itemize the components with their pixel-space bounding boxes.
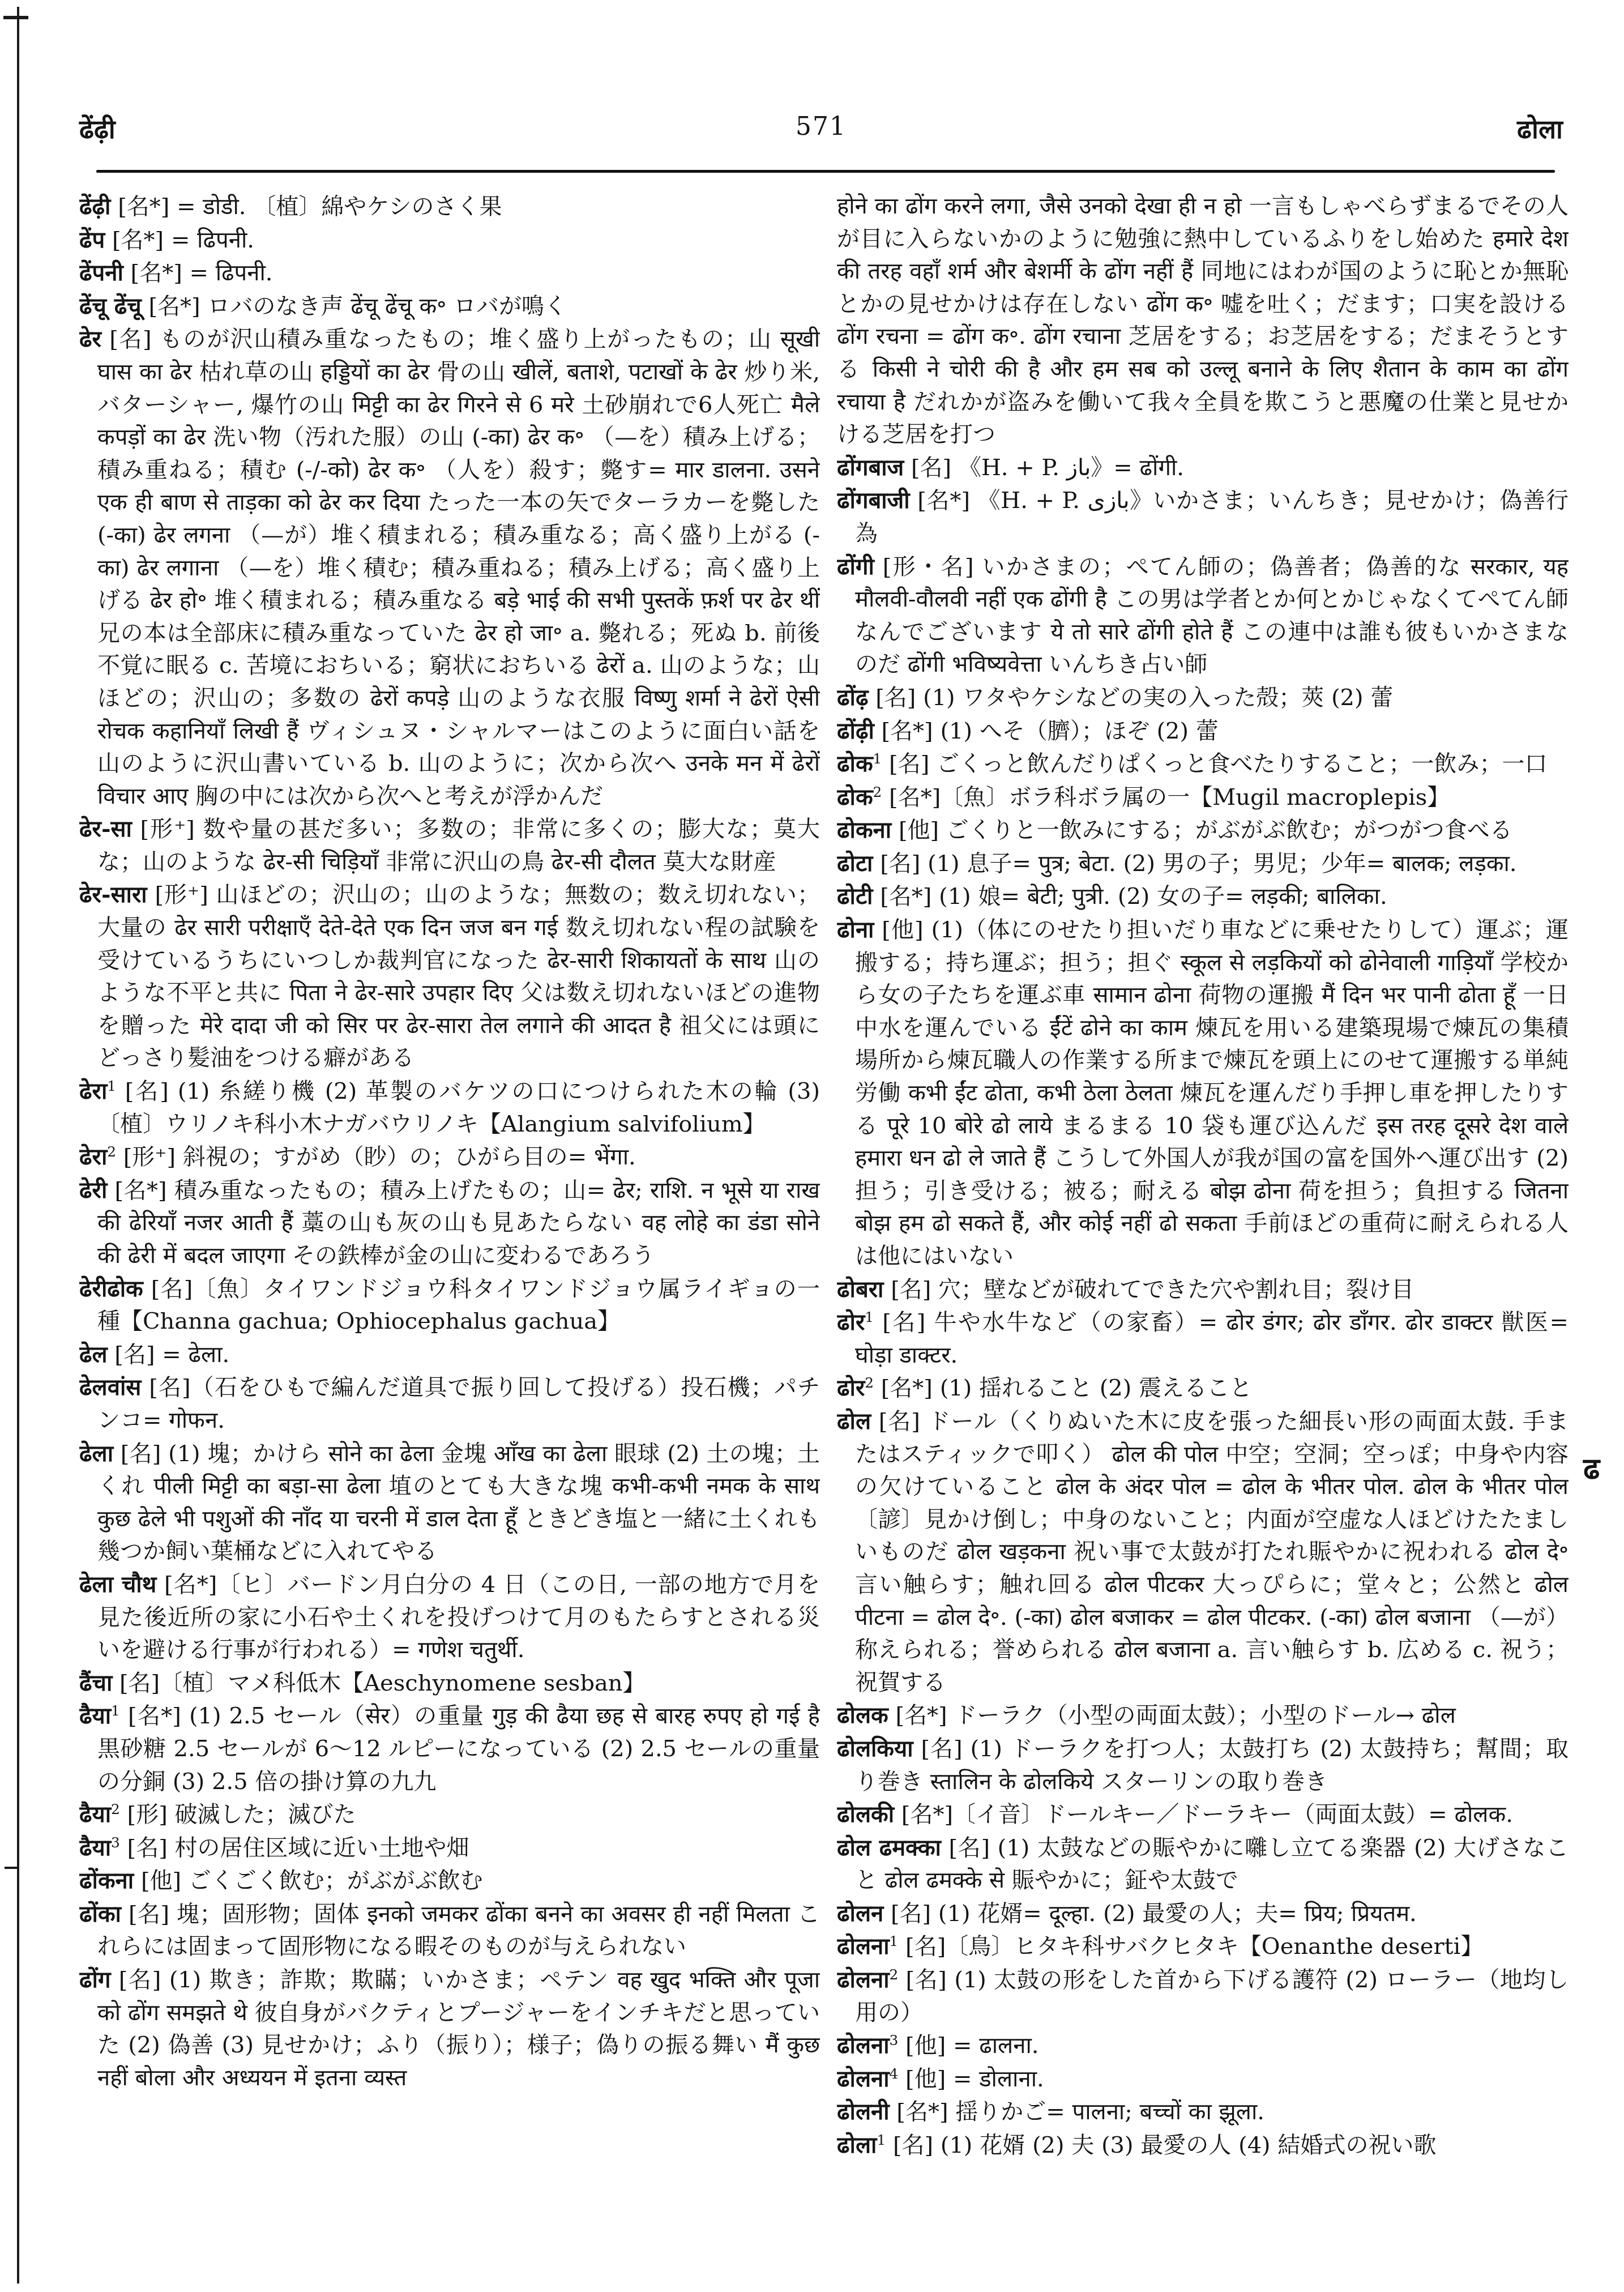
dictionary-entry: ढोर1 [名] 牛や水牛など（の家畜）= ढोर डंगर; ढोर डाँग… — [837, 1306, 1569, 1372]
dictionary-entry: ढेल [名] = ढेला. — [79, 1338, 820, 1372]
entry-sup: 1 — [877, 2132, 886, 2148]
entry-headword: ढोंढ़ी — [837, 718, 874, 744]
entry-headword: ढोटा — [837, 850, 873, 877]
dictionary-entry: ढोक1 [名] ごくっと飲んだりぱくっと食べたりすること；一飲み；一口 — [837, 748, 1569, 781]
entry-body: [名] (1) ドーラクを打つ人；太鼓打ち (2) 太鼓持ち；幫間；取り巻き स… — [855, 1736, 1569, 1795]
entry-headword: ढेरा — [79, 1078, 107, 1104]
entry-body: [形・名] いかさまの；ぺてん師の；偽善者；偽善的な सरकार, यह मौल… — [855, 554, 1569, 678]
entry-headword: ढोक — [837, 750, 873, 777]
dictionary-entry: ढेर-सा [形⁺] 数や量の甚だ多い；多数の；非常に多くの；膨大な；莫大な；… — [79, 813, 820, 878]
dictionary-entry: ढेला [名] (1) 塊；かけら सोने का ढेला 金塊 आँख क… — [79, 1437, 820, 1568]
entry-body: [名*] (1) 娘= बेटी; पुत्री. (2) 女の子= लड़की… — [880, 883, 1387, 910]
entry-body: [名]〔鳥〕ヒタキ科サバクヒタキ【Oenanthe deserti】 — [905, 1934, 1483, 1960]
entry-headword: ढेर-सारा — [79, 881, 147, 908]
entry-body: [名] (1) 花婿= दूल्हा. (2) 最愛の人；夫= प्रिय; प… — [891, 1901, 1417, 1927]
entry-headword: ढोर — [837, 1375, 865, 1401]
entry-headword: ढोकना — [837, 817, 891, 843]
dictionary-entry: ढोंकना [他] ごくごく飲む；がぶがぶ飲む — [79, 1864, 820, 1898]
dictionary-entry: ढोलन [名] (1) 花婿= दूल्हा. (2) 最愛の人；夫= प्र… — [837, 1897, 1569, 1931]
dictionary-entry: ढोलकिया [名] (1) ドーラクを打つ人；太鼓打ち (2) 太鼓持ち；幫… — [837, 1732, 1569, 1798]
entry-body: [名*]〔ヒ〕バードン月白分の 4 日（この日, 一部の地方で月を見た後近所の家… — [97, 1572, 820, 1663]
entry-headword: ढोलना — [837, 1966, 890, 1993]
dictionary-entry: ढोटी [名*] (1) 娘= बेटी; पुत्री. (2) 女の子= … — [837, 880, 1569, 914]
dictionary-entry: ढेंढ़ी [名*] = डोडी. 〔植〕綿やケシのさく果 — [79, 190, 820, 224]
entry-headword: ढेंपनी — [79, 259, 123, 286]
dictionary-page: ढेंढ़ी 571 ढोला ढेंढ़ी [名*] = डोडी. 〔植〕綿… — [0, 0, 1624, 2292]
dictionary-entry: ढोंढ़ी [名*] (1) へそ（臍）；ほぞ (2) 蕾 — [837, 715, 1569, 748]
entry-body: [名*] = ढिपनी. — [112, 227, 254, 253]
dictionary-entry: ढेर-सारा [形⁺] 山ほどの；沢山の；山のような；無数の；数え切れない；… — [79, 878, 820, 1075]
entry-sup: 2 — [111, 1801, 120, 1817]
dictionary-entry: होने का ढोंग करने लगा, जैसे उनको देखा ही… — [837, 190, 1569, 451]
entry-headword: ढेंचू ढेंचू — [79, 293, 142, 319]
entry-body: [名] 村の居住区域に近い土地や畑 — [127, 1835, 469, 1861]
entry-headword: ढोल — [837, 1408, 871, 1435]
entry-sup: 2 — [873, 783, 882, 800]
dictionary-entry: ढेरीढोक [名]〔魚〕タイワンドジョウ科タイワンドジョウ属ライギョの一種【… — [79, 1273, 820, 1338]
entry-body: [名] (1) 塊；かけら सोने का ढेला 金塊 आँख का ढेल… — [97, 1441, 820, 1565]
entry-sup: 1 — [865, 1309, 874, 1325]
margin-index-letter: ढ — [1583, 1448, 1600, 1488]
entry-headword: ढैया — [79, 1801, 111, 1828]
entry-headword: ढेर — [79, 326, 101, 352]
entry-body: [名*] = डोडी. 〔植〕綿やケシのさく果 — [118, 194, 502, 220]
entry-sup: 1 — [111, 1702, 120, 1719]
entry-headword: ढेल — [79, 1341, 108, 1368]
entry-headword: ढोंगबाजी — [837, 487, 910, 514]
entry-headword: ढोंका — [79, 1901, 121, 1927]
header-guide-word-right: ढोला — [1517, 111, 1563, 146]
dictionary-entry: ढोंगबाजी [名*] 《H. + P. بازی》いかさま；いんちき；見せ… — [837, 484, 1569, 550]
dictionary-entry: ढोला1 [名] (1) 花婿 (2) 夫 (3) 最愛の人 (4) 結婚式の… — [837, 2129, 1569, 2162]
entry-headword: ढोला — [837, 2132, 877, 2158]
entry-body: [他] ごくりと一飲みにする；がぶがぶ飲む；がつがつ食べる — [899, 817, 1512, 843]
entry-headword: ढोंढ़ — [837, 684, 868, 711]
dictionary-entry: ढोलना4 [他] = डोलाना. — [837, 2063, 1569, 2096]
entry-body: [他] = डोलाना. — [905, 2066, 1044, 2092]
dictionary-entry: ढोटा [名] (1) 息子= पुत्र; बेटा. (2) 男の子；男児… — [837, 847, 1569, 881]
entry-headword: ढेर-सा — [79, 816, 132, 842]
entry-body: [名*] 《H. + P. بازی》いかさま；いんちき；見せかけ；偽善行為 — [855, 488, 1569, 547]
entry-body: [名]〔植〕マメ科低木【Aeschynomene sesban】 — [119, 1670, 646, 1696]
entry-headword: ढोलना — [837, 2065, 890, 2092]
entry-headword: ढेरी — [79, 1177, 107, 1203]
entry-headword: ढेला — [79, 1440, 113, 1467]
page-edge-dash — [5, 1867, 19, 1869]
page-header: ढेंढ़ी 571 ढोला — [79, 111, 1563, 162]
entry-body: [名] = ढेला. — [114, 1342, 229, 1368]
entry-body: [名] (1) ワタやケシなどの実の入った殻；莢 (2) 蕾 — [875, 685, 1393, 711]
dictionary-entry: ढोबरा [名] 穴；壁などが破れてできた穴や割れ目；裂け目 — [837, 1273, 1569, 1307]
entry-headword: ढोलकिया — [837, 1735, 913, 1762]
entry-body: [名*] (1) 2.5 セール（सेर）の重量 गुड़ की ढैया छह… — [97, 1703, 820, 1794]
dictionary-entry: ढेर [名] ものが沢山積み重なったもの；堆く盛り上がったもの；山 सूखी … — [79, 323, 820, 813]
dictionary-entry: ढेंपनी [名*] = ढिपनी. — [79, 257, 820, 290]
header-rule — [96, 170, 1555, 173]
entry-body: [名] 牛や水牛など（の家畜）= ढोर डंगर; ढोर डाँगर. ढो… — [855, 1309, 1569, 1368]
entry-headword: ढैया — [79, 1834, 111, 1861]
entry-headword: ढेला चौथ — [79, 1571, 156, 1598]
dictionary-entry: ढोलना2 [名] (1) 太鼓の形をした首から下げる護符 (2) ローラー（… — [837, 1964, 1569, 2029]
entry-body: [名]〔魚〕タイワンドジョウ科タイワンドジョウ属ライギョの一種【Channa g… — [97, 1276, 820, 1335]
entry-headword: ढोलन — [837, 1900, 883, 1927]
dictionary-entry: ढोंगी [形・名] いかさまの；ぺてん師の；偽善者；偽善的な सरकार, … — [837, 550, 1569, 681]
dictionary-entry: ढेला चौथ [名*]〔ヒ〕バードン月白分の 4 日（この日, 一部の地方で… — [79, 1568, 820, 1667]
entry-body: [名] 穴；壁などが破れてできた穴や割れ目；裂け目 — [891, 1277, 1414, 1303]
dictionary-entry: ढेलवांस [名]（石をひもで編んだ道具で振り回して投げる）投石機；パチンコ… — [79, 1371, 820, 1437]
entry-sup: 3 — [111, 1834, 120, 1850]
dictionary-entry: ढैया2 [形] 破滅した；滅びた — [79, 1798, 820, 1832]
entry-body: [形] 破滅した；滅びた — [127, 1802, 356, 1828]
entry-body: [名*] (1) 揺れること (2) 震えること — [881, 1375, 1252, 1401]
entry-body: [名] ものが沢山積み重なったもの；堆く盛り上がったもの；山 सूखी घास … — [97, 326, 820, 809]
page-edge-line — [17, 7, 19, 2284]
entry-body: [形⁺] 斜視の；すがめ（眇）の；ひがら目の= भेंगा. — [123, 1144, 636, 1170]
dictionary-entry: ढोल ढमक्का [名] (1) 太鼓などの賑やかに囃し立てる楽器 (2) … — [837, 1832, 1569, 1897]
entry-body: [名] (1) 太鼓などの賑やかに囃し立てる楽器 (2) 大げさなこと ढोल … — [855, 1835, 1569, 1894]
entry-headword: ढोलकी — [837, 1801, 894, 1828]
entry-body: [名] (1) 欺き；詐欺；欺瞞；いかさま；ペテン वह खुद भक्ति औ… — [97, 1967, 820, 2091]
dictionary-entry: ढोंग [名] (1) 欺き；詐欺；欺瞞；いかさま；ペテン वह खुद भक… — [79, 1964, 820, 2094]
entry-sup: 2 — [107, 1143, 116, 1160]
dictionary-entry: ढोर2 [名*] (1) 揺れること (2) 震えること — [837, 1372, 1569, 1405]
entry-body: [名*] ロバのなき声 ढेंचू ढेंचू क॰ ロバが鳴く — [149, 293, 567, 319]
entry-headword: ढोल ढमक्का — [837, 1834, 941, 1861]
entry-headword: ढोलना — [837, 2032, 890, 2059]
entry-body: [形⁺] 山ほどの；沢山の；山のような；無数の；数え切れない；大量の ढेर स… — [97, 882, 820, 1071]
entry-sup: 2 — [865, 1375, 874, 1391]
entry-body: [名*]〔魚〕ボラ科ボラ属の一【Mugil macroplepis】 — [889, 784, 1450, 810]
entry-body: [名] (1) 花婿 (2) 夫 (3) 最愛の人 (4) 結婚式の祝い歌 — [893, 2132, 1437, 2158]
entry-headword: ढोबरा — [837, 1276, 883, 1303]
dictionary-entry: ढोलनी [名*] 揺りかご= पालना; बच्चों का झूला. — [837, 2095, 1569, 2129]
dictionary-entry: ढोकना [他] ごくりと一飲みにする；がぶがぶ飲む；がつがつ食べる — [837, 814, 1569, 847]
entry-body: [名] 《H. + P. باز》= ढोंगी. — [911, 455, 1184, 481]
entry-headword: ढोंकना — [79, 1867, 134, 1894]
entry-headword: ढोलक — [837, 1702, 888, 1728]
entry-body: [名]（石をひもで編んだ道具で振り回して投げる）投石機；パチンコ= गोफन. — [97, 1375, 820, 1433]
entry-body: [形⁺] 数や量の甚だ多い；多数の；非常に多くの；膨大な；莫大な；山のような ढ… — [97, 816, 820, 875]
dictionary-entry: ढोल [名] ドール（くりぬいた木に皮を張った細長い形の両面太鼓. 手またはス… — [837, 1405, 1569, 1699]
entry-body: [名*]〔イ音〕ドールキー／ドーラキー（両面太鼓）= ढोलक. — [901, 1802, 1513, 1828]
dictionary-entry: ढोंगबाज [名] 《H. + P. باز》= ढोंगी. — [837, 451, 1569, 485]
entry-body: [名*] 積み重なったもの；積み上げたもの；山= ढेर; राशि. न भू… — [97, 1177, 820, 1269]
entry-headword: ढोर — [837, 1309, 865, 1335]
column-right: होने का ढोंग करने लगा, जैसे उनको देखा ही… — [837, 190, 1569, 2263]
entry-headword: ढोक — [837, 784, 873, 810]
page-edge-tick — [3, 16, 28, 19]
entry-sup: 1 — [107, 1078, 116, 1094]
dictionary-entry: ढोलना3 [他] = ढालना. — [837, 2029, 1569, 2063]
dictionary-entry: ढैंचा [名]〔植〕マメ科低木【Aeschynomene sesban】 — [79, 1667, 820, 1700]
entry-headword: ढोना — [837, 916, 874, 943]
dictionary-entry: ढैया1 [名*] (1) 2.5 セール（सेर）の重量 गुड़ की ढ… — [79, 1700, 820, 1798]
text-columns: ढेंढ़ी [名*] = डोडी. 〔植〕綿やケシのさく果ढेंप [名*]… — [79, 190, 1569, 2263]
entry-body: [他] = ढालना. — [905, 2033, 1038, 2059]
entry-body: [名*] 揺りかご= पालना; बच्चों का झूला. — [896, 2099, 1264, 2125]
entry-headword: ढोंगबाज — [837, 454, 904, 481]
entry-body: [他] ごくごく飲む；がぶがぶ飲む — [141, 1868, 483, 1894]
entry-body: [他] (1)（体にのせたり担いだり車などに乗せたりして）運ぶ；運搬する；持ち運… — [855, 917, 1569, 1269]
column-left: ढेंढ़ी [名*] = डोडी. 〔植〕綿やケシのさく果ढेंप [名*]… — [79, 190, 820, 2263]
entry-sup: 2 — [890, 1966, 899, 1983]
dictionary-entry: ढोक2 [名*]〔魚〕ボラ科ボラ属の一【Mugil macroplepis】 — [837, 781, 1569, 814]
entry-headword: ढेंप — [79, 227, 105, 253]
entry-sup: 1 — [873, 750, 882, 767]
dictionary-entry: ढोना [他] (1)（体にのせたり担いだり車などに乗せたりして）運ぶ；運搬す… — [837, 914, 1569, 1273]
entry-sup: 1 — [890, 1933, 899, 1949]
entry-headword: ढोंगी — [837, 553, 874, 580]
entry-body: [名*] (1) へそ（臍）；ほぞ (2) 蕾 — [881, 718, 1218, 744]
entry-headword: ढोटी — [837, 883, 873, 910]
entry-body: [名] ごくっと飲んだりぱくっと食べたりすること；一飲み；一口 — [889, 751, 1547, 777]
entry-body: [名] (1) 息子= पुत्र; बेटा. (2) 男の子；男児；少年= … — [880, 851, 1516, 877]
entry-headword: ढैया — [79, 1702, 111, 1729]
dictionary-entry: ढेरा2 [形⁺] 斜視の；すがめ（眇）の；ひがら目の= भेंगा. — [79, 1141, 820, 1174]
entry-headword: ढोंग — [79, 1966, 110, 1993]
entry-body: [名*] = ढिपनी. — [131, 260, 273, 286]
entry-headword: ढोलना — [837, 1933, 890, 1960]
dictionary-entry: ढेरा1 [名] (1) 糸縒り機 (2) 革製のバケツの口につけられた木の輪… — [79, 1075, 820, 1141]
dictionary-entry: ढोंका [名] 塊；固形物；固体 इनको जमकर ढोंका बनने … — [79, 1898, 820, 1964]
entry-headword: ढेरा — [79, 1143, 107, 1170]
entry-headword: ढेलवांस — [79, 1374, 141, 1401]
dictionary-entry: ढेंप [名*] = ढिपनी. — [79, 224, 820, 257]
dictionary-entry: ढेरी [名*] 積み重なったもの；積み上げたもの；山= ढेर; राशि.… — [79, 1174, 820, 1273]
entry-headword: ढैंचा — [79, 1670, 112, 1696]
dictionary-entry: ढोलक [名*] ドーラク（小型の両面太鼓）；小型のドール→ ढोल — [837, 1699, 1569, 1732]
dictionary-entry: ढोलकी [名*]〔イ音〕ドールキー／ドーラキー（両面太鼓）= ढोलक. — [837, 1798, 1569, 1832]
entry-body: [名] 塊；固形物；固体 इनको जमकर ढोंका बनने का अवस… — [97, 1901, 820, 1960]
entry-sup: 4 — [890, 2065, 899, 2082]
entry-body: [名*] ドーラク（小型の両面太鼓）；小型のドール→ ढोल — [895, 1702, 1455, 1728]
entry-body: होने का ढोंग करने लगा, जैसे उनको देखा ही… — [837, 193, 1569, 447]
entry-headword: ढेंढ़ी — [79, 193, 110, 220]
entry-body: [名] (1) 糸縒り機 (2) 革製のバケツの口につけられた木の輪 (3) 〔… — [97, 1078, 820, 1137]
page-number: 571 — [79, 112, 1563, 141]
entry-headword: ढोलनी — [837, 2098, 890, 2125]
entry-body: [名] (1) 太鼓の形をした首から下げる護符 (2) ローラー（地均し用の） — [855, 1967, 1569, 2026]
dictionary-entry: ढोलना1 [名]〔鳥〕ヒタキ科サバクヒタキ【Oenanthe deserti… — [837, 1930, 1569, 1964]
entry-body: [名] ドール（くりぬいた木に皮を張った細長い形の両面太鼓. 手またはスティック… — [855, 1409, 1569, 1696]
dictionary-entry: ढोंढ़ [名] (1) ワタやケシなどの実の入った殻；莢 (2) 蕾 — [837, 681, 1569, 715]
entry-headword: ढेरीढोक — [79, 1275, 143, 1302]
dictionary-entry: ढैया3 [名] 村の居住区域に近い土地や畑 — [79, 1832, 820, 1865]
dictionary-entry: ढेंचू ढेंचू [名*] ロバのなき声 ढेंचू ढेंचू क॰ ロ… — [79, 290, 820, 323]
entry-sup: 3 — [890, 2032, 899, 2048]
